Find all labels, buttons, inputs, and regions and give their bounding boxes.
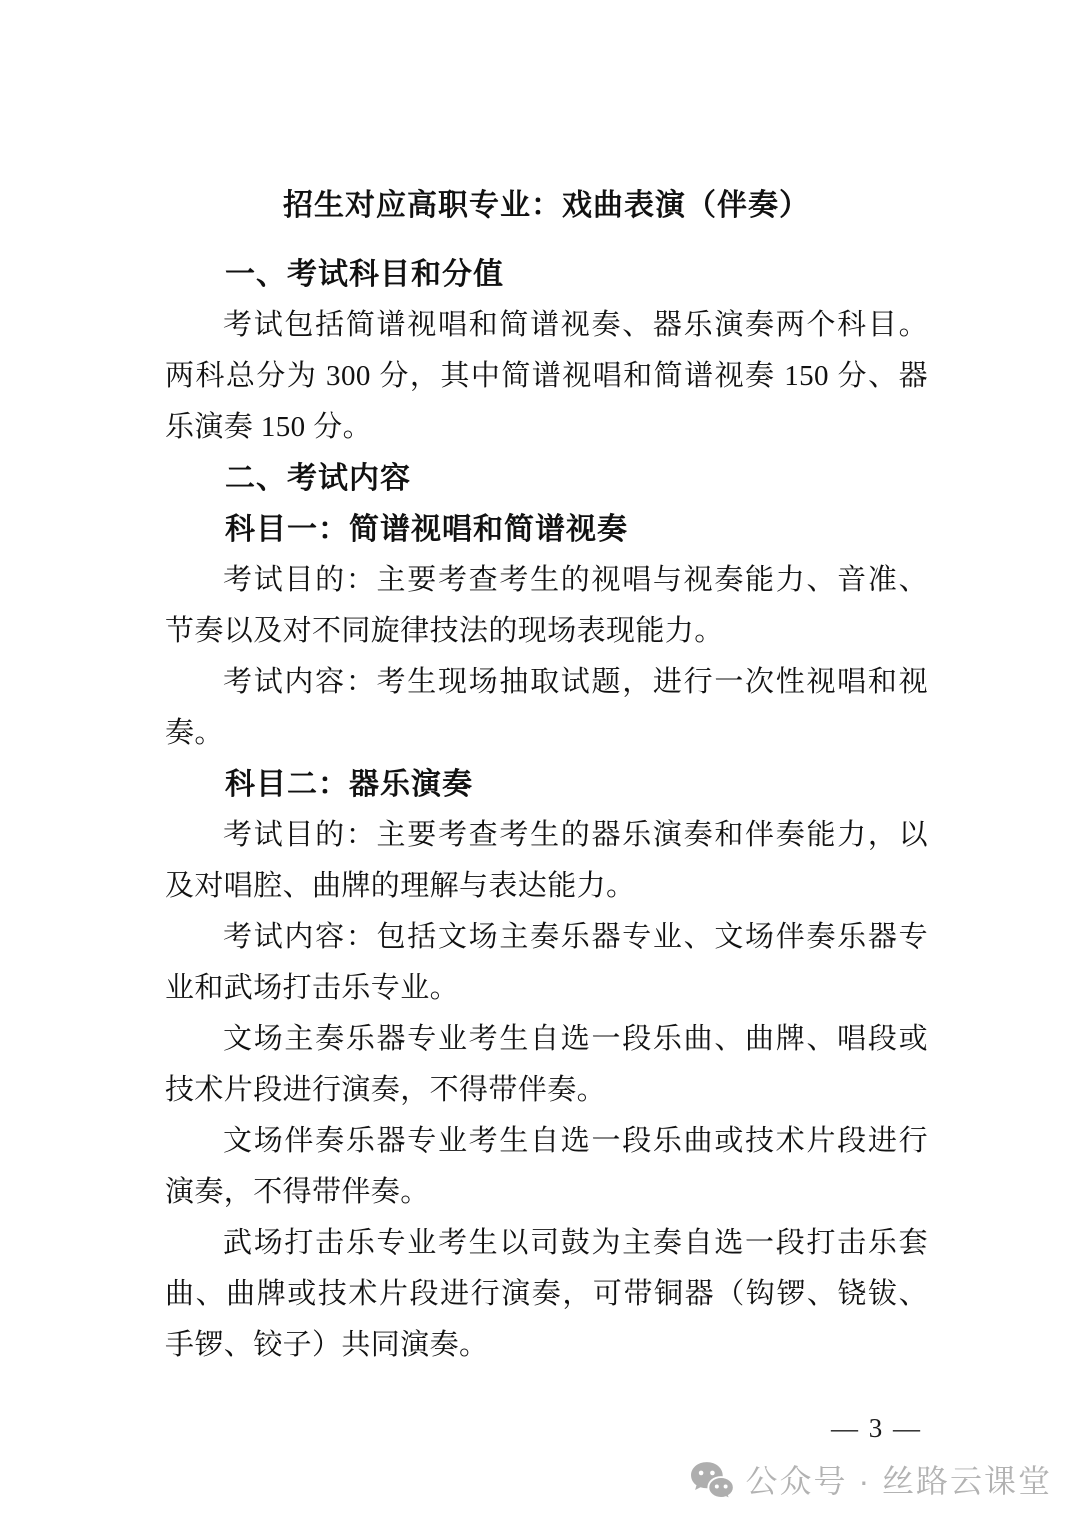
document-page: 招生对应高职专业：戏曲表演（伴奏） 一、考试科目和分值 考试包括简谱视唱和简谱视… xyxy=(0,0,1080,1527)
document-body: 招生对应高职专业：戏曲表演（伴奏） 一、考试科目和分值 考试包括简谱视唱和简谱视… xyxy=(165,180,928,1371)
section-heading-exam-content: 二、考试内容 xyxy=(165,453,928,504)
page-number: — 3 — xyxy=(831,1408,922,1448)
page-title: 招生对应高职专业：戏曲表演（伴奏） xyxy=(165,180,928,231)
wechat-icon xyxy=(690,1461,734,1501)
watermark: 公众号 · 丝路云课堂 xyxy=(690,1460,1052,1502)
paragraph-wenchang-accompaniment-instrument: 文场伴奏乐器专业考生自选一段乐曲或技术片段进行演奏，不得带伴奏。 xyxy=(165,1116,928,1218)
paragraph-exam-overview: 考试包括简谱视唱和简谱视奏、器乐演奏两个科目。两科总分为 300 分，其中简谱视… xyxy=(165,300,928,453)
paragraph-subject-one-purpose: 考试目的：主要考查考生的视唱与视奏能力、音准、节奏以及对不同旋律技法的现场表现能… xyxy=(165,555,928,657)
subject-two-heading: 科目二：器乐演奏 xyxy=(165,759,928,810)
paragraph-subject-one-content: 考试内容：考生现场抽取试题，进行一次性视唱和视奏。 xyxy=(165,657,928,759)
paragraph-wuchang-percussion: 武场打击乐专业考生以司鼓为主奏自选一段打击乐套曲、曲牌或技术片段进行演奏，可带铜… xyxy=(165,1218,928,1371)
subject-one-heading: 科目一：简谱视唱和简谱视奏 xyxy=(165,504,928,555)
paragraph-wenchang-main-instrument: 文场主奏乐器专业考生自选一段乐曲、曲牌、唱段或技术片段进行演奏，不得带伴奏。 xyxy=(165,1014,928,1116)
paragraph-subject-two-content: 考试内容：包括文场主奏乐器专业、文场伴奏乐器专业和武场打击乐专业。 xyxy=(165,912,928,1014)
paragraph-subject-two-purpose: 考试目的：主要考查考生的器乐演奏和伴奏能力，以及对唱腔、曲牌的理解与表达能力。 xyxy=(165,810,928,912)
section-heading-exam-subjects: 一、考试科目和分值 xyxy=(165,249,928,300)
watermark-label: 公众号 · 丝路云课堂 xyxy=(746,1460,1052,1502)
